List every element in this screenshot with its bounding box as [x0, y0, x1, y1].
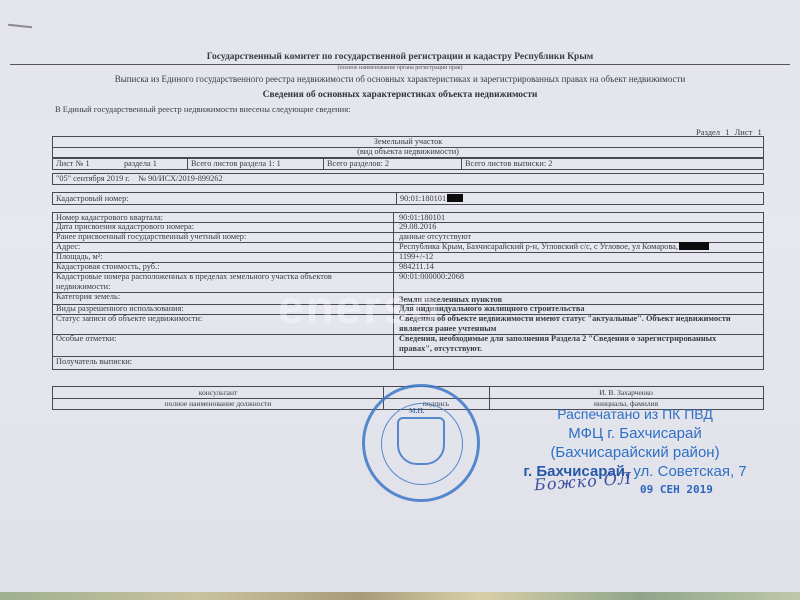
total-sheets-section: Всего листов раздела 1: 1: [188, 159, 284, 169]
row-value: Для индивидуального жилищного строительс…: [396, 304, 763, 314]
object-type-box: Земельный участок (вид объекта недвижимо…: [52, 136, 764, 158]
official-seal: М.П.: [362, 384, 480, 502]
row-value: Сведения об объекте недвижимости имеют с…: [396, 314, 763, 324]
row-label: Адрес:: [53, 242, 396, 252]
seal-mark: М.П.: [409, 407, 425, 415]
cadastral-number-row: Кадастровый номер: 90:01:180101: [52, 192, 764, 205]
row-label: Дата присвоения кадастрового номера:: [53, 222, 396, 232]
date-number-row: "05" сентября 2019 г. № 90/ИСХ/2019-8992…: [52, 173, 764, 185]
row-value: 1199+/-12: [396, 252, 763, 262]
stamp-line-1: Распечатано из ПК ПВД: [520, 405, 750, 424]
organization-name: Государственный комитет по государственн…: [0, 52, 800, 62]
row-value: 90:01:000000:2068: [396, 272, 763, 282]
extract-title: Выписка из Единого государственного реес…: [0, 74, 800, 84]
row-value: 984211.14: [396, 262, 763, 272]
row-value-cont: правах", отсутствуют.: [396, 344, 763, 354]
row-label: Ранее присвоенный государственный учетны…: [53, 232, 396, 242]
redaction-block: [679, 242, 709, 250]
address-text: Республика Крым, Бахчисарайский р-н, Угл…: [399, 242, 678, 251]
stamp-line-2: МФЦ г. Бахчисарай: [520, 424, 750, 443]
date-stamp: 09 СЕН 2019: [640, 483, 713, 496]
position: консультант: [53, 388, 383, 398]
row-label: Площадь, м²:: [53, 252, 396, 262]
redaction-block: [447, 194, 463, 202]
sheet-section: раздела 1: [121, 159, 160, 169]
intro-text: В Единый государственный реестр недвижим…: [55, 104, 351, 114]
position-caption: полное наименование должности: [53, 399, 383, 409]
document-page: Государственный комитет по государственн…: [0, 0, 800, 592]
cadastral-number-label: Кадастровый номер:: [53, 194, 132, 204]
total-sections: Всего разделов: 2: [324, 159, 392, 169]
row-value: Сведения, необходимые для заполнения Раз…: [396, 334, 763, 344]
watermark: enerso: [278, 280, 441, 334]
row-label: Получатель выписки:: [53, 357, 396, 367]
sheet-number: Лист № 1: [53, 159, 93, 169]
row-label: Особые отметки:: [53, 334, 396, 344]
object-type-caption: (вид объекта недвижимости): [53, 147, 763, 157]
stamp-street: ул. Советская, 7: [629, 463, 746, 480]
object-type: Земельный участок: [53, 137, 763, 147]
sheet-info-row: Лист № 1 раздела 1 Всего листов раздела …: [52, 158, 764, 170]
stamp-line-3: (Бахчисарайский район): [520, 443, 750, 462]
row-value-cont: является ранее учтенным: [396, 324, 763, 334]
row-value: данные отсутствуют: [396, 232, 763, 242]
signatory-name: И. В. Захарченко: [489, 388, 763, 398]
cadastral-number-text: 90:01:180101: [400, 194, 446, 203]
total-sheets-extract: Всего листов выписки: 2: [462, 159, 555, 169]
section-title: Сведения об основных характеристиках объ…: [0, 90, 800, 100]
organization-caption: (полное наименование органа регистрации …: [0, 65, 800, 71]
pencil-mark: [8, 24, 32, 28]
cadastral-number-value: 90:01:180101: [397, 194, 466, 204]
print-stamp: Распечатано из ПК ПВД МФЦ г. Бахчисарай …: [520, 405, 750, 481]
date-number: "05" сентября 2019 г. № 90/ИСХ/2019-8992…: [53, 174, 226, 184]
background-surface: [0, 592, 800, 600]
row-label: Кадастровая стоимость, руб.:: [53, 262, 396, 272]
coat-of-arms-icon: [397, 417, 445, 465]
row-value: 29.08.2016: [396, 222, 763, 232]
address-value: Республика Крым, Бахчисарайский р-н, Угл…: [396, 242, 763, 252]
